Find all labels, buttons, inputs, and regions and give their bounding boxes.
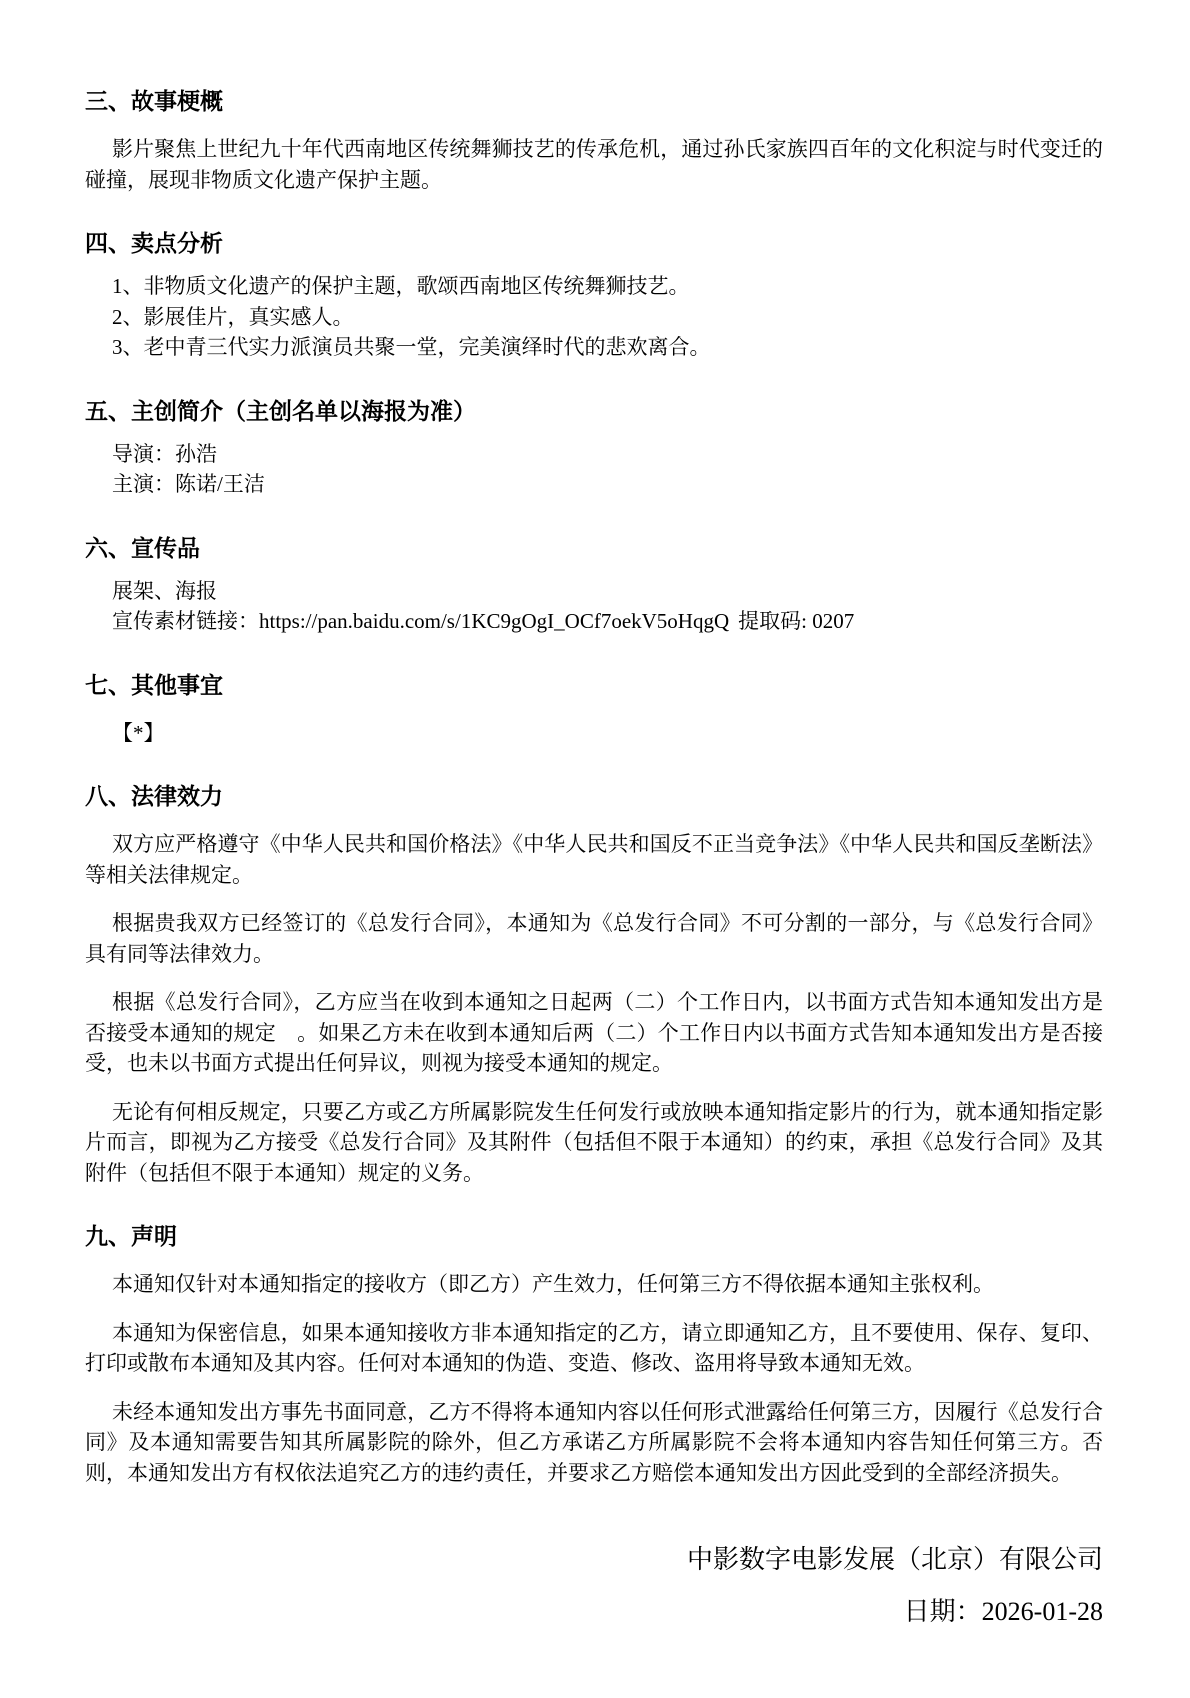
document-footer: 中影数字电影发展（北京）有限公司 日期：2026-01-28 bbox=[85, 1534, 1103, 1638]
paragraph: 根据贵我双方已经签订的《总发行合同》，本通知为《总发行合同》不可分割的一部分，与… bbox=[85, 908, 1103, 969]
promo-extraction-code: 提取码: 0207 bbox=[738, 609, 854, 633]
section-story-synopsis: 三、故事梗概 影片聚焦上世纪九十年代西南地区传统舞狮技艺的传承危机，通过孙氏家族… bbox=[85, 86, 1103, 195]
section-selling-points: 四、卖点分析 1、非物质文化遗产的保护主题，歌颂西南地区传统舞狮技艺。 2、影展… bbox=[85, 228, 1103, 363]
credit-line-cast: 主演：陈诺/王洁 bbox=[85, 469, 1103, 500]
paragraph: 本通知仅针对本通知指定的接收方（即乙方）产生效力，任何第三方不得依据本通知主张权… bbox=[85, 1269, 1103, 1300]
credit-line-director: 导演：孙浩 bbox=[85, 439, 1103, 470]
section-heading-story-synopsis: 三、故事梗概 bbox=[85, 86, 1103, 116]
list-item: 1、非物质文化遗产的保护主题，歌颂西南地区传统舞狮技艺。 bbox=[85, 271, 1103, 302]
section-heading-statement: 九、声明 bbox=[85, 1221, 1103, 1251]
list-item: 2、影展佳片，真实感人。 bbox=[85, 302, 1103, 333]
document-page: 三、故事梗概 影片聚焦上世纪九十年代西南地区传统舞狮技艺的传承危机，通过孙氏家族… bbox=[0, 0, 1190, 1698]
section-heading-promo-materials: 六、宣传品 bbox=[85, 533, 1103, 563]
paragraph: 影片聚焦上世纪九十年代西南地区传统舞狮技艺的传承危机，通过孙氏家族四百年的文化积… bbox=[85, 134, 1103, 195]
section-legal-effect: 八、法律效力 双方应严格遵守《中华人民共和国价格法》《中华人民共和国反不正当竞争… bbox=[85, 781, 1103, 1188]
paragraph: 根据《总发行合同》，乙方应当在收到本通知之日起两（二）个工作日内，以书面方式告知… bbox=[85, 987, 1103, 1079]
paragraph: 本通知为保密信息，如果本通知接收方非本通知指定的乙方，请立即通知乙方，且不要使用… bbox=[85, 1318, 1103, 1379]
section-heading-credits: 五、主创简介（主创名单以海报为准） bbox=[85, 396, 1103, 426]
promo-items-line: 展架、海报 bbox=[85, 576, 1103, 607]
promo-link-line: 宣传素材链接：https://pan.baidu.com/s/1KC9gOgI_… bbox=[85, 606, 1103, 637]
paragraph: 双方应严格遵守《中华人民共和国价格法》《中华人民共和国反不正当竞争法》《中华人民… bbox=[85, 829, 1103, 890]
promo-link-url: https://pan.baidu.com/s/1KC9gOgI_OCf7oek… bbox=[259, 609, 729, 633]
paragraph: 无论有何相反规定，只要乙方或乙方所属影院发生任何发行或放映本通知指定影片的行为，… bbox=[85, 1097, 1103, 1189]
section-heading-selling-points: 四、卖点分析 bbox=[85, 228, 1103, 258]
section-promo-materials: 六、宣传品 展架、海报 宣传素材链接：https://pan.baidu.com… bbox=[85, 533, 1103, 637]
footer-date: 日期：2026-01-28 bbox=[85, 1586, 1103, 1638]
section-credits: 五、主创简介（主创名单以海报为准） 导演：孙浩 主演：陈诺/王洁 bbox=[85, 396, 1103, 500]
placeholder-text: 【*】 bbox=[85, 718, 1103, 749]
section-heading-other-matters: 七、其他事宜 bbox=[85, 670, 1103, 700]
section-heading-legal-effect: 八、法律效力 bbox=[85, 781, 1103, 811]
promo-link-label: 宣传素材链接： bbox=[112, 609, 259, 633]
section-statement: 九、声明 本通知仅针对本通知指定的接收方（即乙方）产生效力，任何第三方不得依据本… bbox=[85, 1221, 1103, 1488]
section-other-matters: 七、其他事宜 【*】 bbox=[85, 670, 1103, 749]
paragraph: 未经本通知发出方事先书面同意，乙方不得将本通知内容以任何形式泄露给任何第三方，因… bbox=[85, 1397, 1103, 1489]
footer-company-name: 中影数字电影发展（北京）有限公司 bbox=[85, 1534, 1103, 1586]
list-item: 3、老中青三代实力派演员共聚一堂，完美演绎时代的悲欢离合。 bbox=[85, 332, 1103, 363]
